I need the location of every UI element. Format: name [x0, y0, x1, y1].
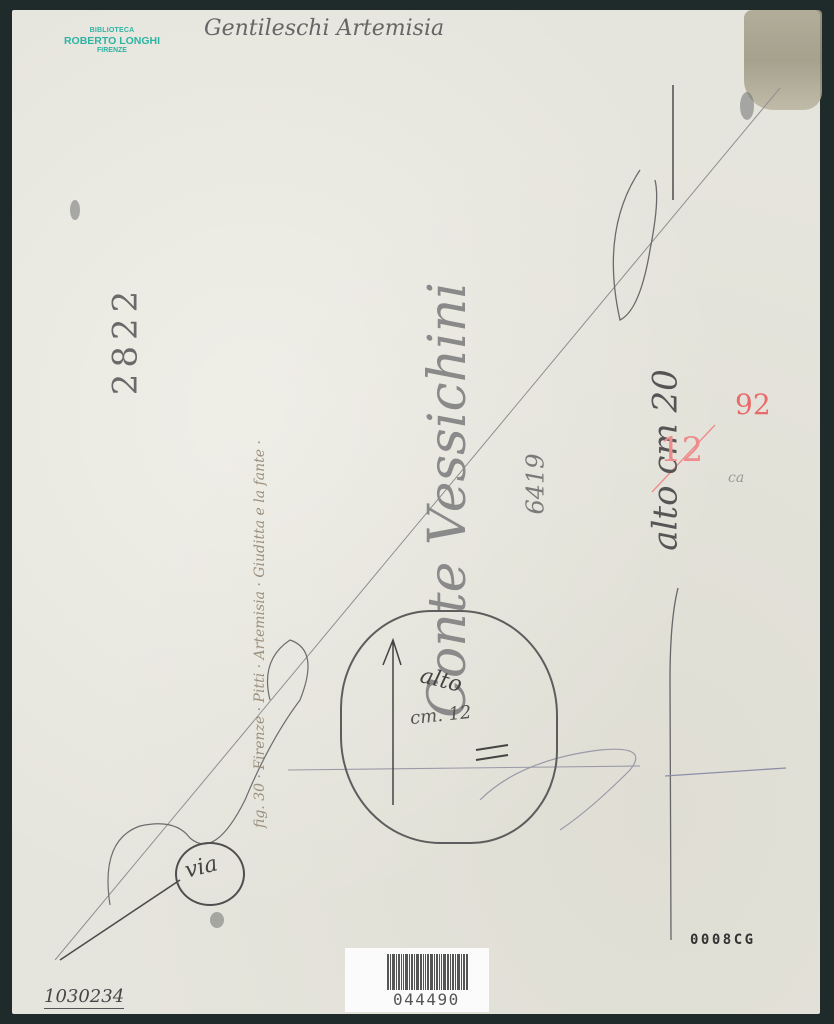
photo-verso-sheet — [12, 10, 820, 1014]
smudge-mark — [740, 92, 754, 120]
stamped-number: 0008CG — [690, 932, 756, 948]
stamp-line-1: BIBLIOTECA — [52, 27, 172, 35]
stamp-line-2: ROBERTO LONGHI — [52, 35, 172, 47]
figure-caption: fig. 30 · Firenze · Pitti · Artemisia · … — [252, 128, 268, 828]
barcode-bars — [387, 954, 479, 990]
red-struck-value: 12 — [660, 430, 703, 470]
library-stamp: BIBLIOTECA ROBERTO LONGHI FIRENZE — [52, 27, 172, 55]
smudge-mark — [70, 200, 80, 220]
smudge-mark — [210, 912, 224, 928]
catalog-number: 2822 — [105, 285, 145, 396]
code-number: 6419 — [522, 453, 550, 514]
paper-stain — [744, 10, 822, 110]
gray-note: ca — [728, 470, 744, 486]
circled-note-border — [340, 610, 558, 844]
barcode-label: 044490 — [345, 948, 489, 1012]
artist-name-handwriting: Gentileschi Artemisia — [204, 16, 444, 41]
red-correction-value: 92 — [735, 388, 771, 421]
inventory-number: 1030234 — [44, 986, 124, 1009]
stamp-line-3: FIRENZE — [52, 47, 172, 55]
barcode-digits: 044490 — [393, 990, 460, 1009]
